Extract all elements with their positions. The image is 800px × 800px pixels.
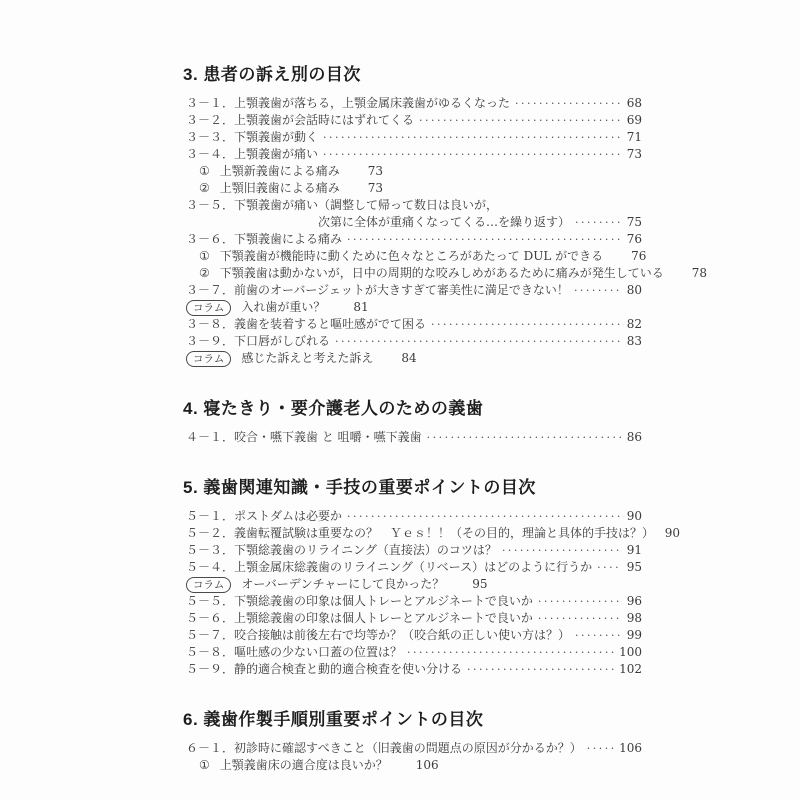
page-number: 86 — [626, 429, 642, 446]
dot-leader — [335, 333, 621, 350]
entry-text: ４－１．咬合・嚥下義歯 と 咀嚼・嚥下義歯 — [186, 429, 422, 446]
column-badge: コラム — [186, 300, 231, 316]
toc-entry: ３－３．下顎義歯が動く71 — [186, 129, 642, 146]
entry-text: ５－７．咬合接触は前後左右で均等か？（咬合紙の正しい使い方は？） — [186, 627, 570, 644]
entry-text: ６－１．初診時に確認すべきこと（旧義歯の問題点の原因が分かるか？） — [186, 740, 582, 757]
toc-entry: ②上顎旧義歯による痛み73 — [186, 180, 642, 197]
toc-entry: ５－６．上顎総義歯の印象は個人トレーとアルジネートで良いか98 — [186, 610, 642, 627]
toc-entry: ５－３．下顎総義歯のリライニング（直接法）のコツは？91 — [186, 542, 642, 559]
scanned-book-page: 3. 患者の訴え別の目次３－１．上顎義歯が落ちる，上顎金属床義歯がゆるくなった6… — [0, 0, 800, 800]
entry-text: ３－５．下顎義歯が痛い（調整して帰って数日は良いが， — [186, 197, 498, 214]
dot-leader — [431, 316, 621, 333]
toc-entry: ①上顎義歯床の適合度は良いか？106 — [186, 757, 642, 774]
dot-leader — [574, 282, 621, 299]
toc-entry: ５－１．ポストダムは必要か90 — [186, 508, 642, 525]
page-number: 75 — [626, 214, 642, 231]
circled-number-icon: ① — [199, 163, 210, 180]
dot-leader — [323, 129, 621, 146]
toc-entry: ５－９．静的適合検査と動的適合検査を使い分ける102 — [186, 661, 642, 678]
entry-text: ５－４．上顎金属床総義歯のリライニング（リベース）はどのように行うか — [186, 559, 592, 576]
toc-entry: ５－２．義歯転覆試験は重要なの？ Ｙｅｓ！！（その目的，理論と具体的手技は？）9… — [186, 525, 642, 542]
table-of-contents: 3. 患者の訴え別の目次３－１．上顎義歯が落ちる，上顎金属床義歯がゆるくなった6… — [186, 60, 642, 774]
circled-number-icon: ① — [199, 248, 210, 265]
entry-text: ５－１．ポストダムは必要か — [186, 508, 342, 525]
entry-text: ３－３．下顎義歯が動く — [186, 129, 318, 146]
entry-text: ３－４．上顎義歯が痛い — [186, 146, 318, 163]
entry-text: オーバーデンチャーにして良かった？ — [241, 576, 444, 593]
toc-entry: ②下顎義歯は動かないが，日中の周期的な咬みしめがあるために痛みが発生している78 — [186, 265, 642, 282]
toc-entry: ①下顎義歯が機能時に動くために色々なところがあたって DUL ができる76 — [186, 248, 642, 265]
entry-text: 上顎新義歯による痛み — [220, 163, 340, 180]
page-number: 90 — [626, 508, 642, 525]
section-heading: 4. 寝たきり・要介護老人のための義歯 — [183, 394, 642, 419]
toc-entry: ３－６．下顎義歯による痛み76 — [186, 231, 642, 248]
entry-text: ５－５．下顎総義歯の印象は個人トレーとアルジネートで良いか — [186, 593, 533, 610]
circled-number-icon: ② — [199, 180, 210, 197]
dot-leader — [575, 627, 621, 644]
page-number: 96 — [626, 593, 642, 610]
page-number: 100 — [619, 644, 642, 661]
entry-text: 入れ歯が重い？ — [241, 299, 325, 316]
entry-text: 下顎義歯は動かないが，日中の周期的な咬みしめがあるために痛みが発生している — [220, 265, 664, 282]
entry-text: 次第に全体が重痛くなってくる…を繰り返す） — [318, 214, 570, 231]
toc-section: 4. 寝たきり・要介護老人のための義歯４－１．咬合・嚥下義歯 と 咀嚼・嚥下義歯… — [186, 394, 642, 446]
page-number: 95 — [472, 576, 487, 593]
entry-text: ３－７．前歯のオーバージェットが大きすぎて審美性に満足できない！ — [186, 282, 569, 299]
entry-text: ３－８．義歯を装着すると嘔吐感がでて困る — [186, 316, 426, 333]
toc-entry: ５－８．嘔吐感の少ない口蓋の位置は？100 — [186, 644, 642, 661]
toc-entry: ５－５．下顎総義歯の印象は個人トレーとアルジネートで良いか96 — [186, 593, 642, 610]
dot-leader — [467, 661, 614, 678]
column-badge: コラム — [186, 351, 231, 367]
page-number: 68 — [626, 95, 642, 112]
entry-text: ３－９．下口唇がしびれる — [186, 333, 330, 350]
entry-text: 下顎義歯が機能時に動くために色々なところがあたって DUL ができる — [220, 248, 603, 265]
toc-entry: ５－７．咬合接触は前後左右で均等か？（咬合紙の正しい使い方は？）99 — [186, 627, 642, 644]
toc-entry: コラム感じた訴えと考えた訴え84 — [186, 350, 642, 367]
dot-leader — [407, 644, 614, 661]
entry-text: ５－３．下顎総義歯のリライニング（直接法）のコツは？ — [186, 542, 497, 559]
toc-entry: ①上顎新義歯による痛み73 — [186, 163, 642, 180]
entry-text: ３－２．上顎義歯が会話時にはずれてくる — [186, 112, 414, 129]
page-number: 102 — [619, 661, 642, 678]
page-number: 82 — [626, 316, 642, 333]
page-number: 73 — [626, 146, 642, 163]
dot-leader — [515, 95, 621, 112]
page-number: 78 — [692, 265, 707, 282]
toc-entry: ３－７．前歯のオーバージェットが大きすぎて審美性に満足できない！80 — [186, 282, 642, 299]
page-number: 99 — [626, 627, 642, 644]
entry-text: ３－６．下顎義歯による痛み — [186, 231, 342, 248]
toc-entry: コラム入れ歯が重い？81 — [186, 299, 642, 316]
dot-leader — [597, 559, 621, 576]
dot-leader — [502, 542, 621, 559]
page-number: 106 — [619, 740, 642, 757]
dot-leader — [347, 508, 621, 525]
page-number: 80 — [626, 282, 642, 299]
section-heading: 6. 義歯作製手順別重要ポイントの目次 — [183, 705, 642, 730]
toc-section: 6. 義歯作製手順別重要ポイントの目次６－１．初診時に確認すべきこと（旧義歯の問… — [186, 705, 642, 774]
page-number: 73 — [368, 180, 383, 197]
dot-leader — [538, 593, 621, 610]
toc-entry: 次第に全体が重痛くなってくる…を繰り返す）75 — [186, 214, 642, 231]
toc-entry: ３－４．上顎義歯が痛い73 — [186, 146, 642, 163]
toc-entry: ５－４．上顎金属床総義歯のリライニング（リベース）はどのように行うか95 — [186, 559, 642, 576]
page-number: 98 — [626, 610, 642, 627]
entry-text: ５－９．静的適合検査と動的適合検査を使い分ける — [186, 661, 462, 678]
toc-entry: ６－１．初診時に確認すべきこと（旧義歯の問題点の原因が分かるか？）106 — [186, 740, 642, 757]
dot-leader — [347, 231, 621, 248]
entry-text: 上顎旧義歯による痛み — [220, 180, 340, 197]
toc-entry: コラムオーバーデンチャーにして良かった？95 — [186, 576, 642, 593]
page-number: 83 — [626, 333, 642, 350]
dot-leader — [419, 112, 621, 129]
toc-entry: ３－５．下顎義歯が痛い（調整して帰って数日は良いが， — [186, 197, 642, 214]
toc-entry: ４－１．咬合・嚥下義歯 と 咀嚼・嚥下義歯86 — [186, 429, 642, 446]
dot-leader — [427, 429, 621, 446]
dot-leader — [575, 214, 621, 231]
dot-leader — [323, 146, 621, 163]
page-number: 106 — [416, 757, 439, 774]
toc-entry: ３－８．義歯を装着すると嘔吐感がでて困る82 — [186, 316, 642, 333]
entry-text: ５－２．義歯転覆試験は重要なの？ Ｙｅｓ！！（その目的，理論と具体的手技は？） — [186, 525, 654, 542]
toc-section: 3. 患者の訴え別の目次３－１．上顎義歯が落ちる，上顎金属床義歯がゆるくなった6… — [186, 60, 642, 367]
page-number: 76 — [631, 248, 646, 265]
circled-number-icon: ① — [199, 757, 210, 774]
toc-entry: ３－１．上顎義歯が落ちる，上顎金属床義歯がゆるくなった68 — [186, 95, 642, 112]
page-number: 95 — [626, 559, 642, 576]
page-number: 71 — [626, 129, 642, 146]
entry-text: ５－８．嘔吐感の少ない口蓋の位置は？ — [186, 644, 402, 661]
page-number: 81 — [353, 299, 368, 316]
dot-leader — [587, 740, 614, 757]
page-number: 84 — [401, 350, 416, 367]
page-number: 90 — [664, 525, 680, 542]
dot-leader — [538, 610, 621, 627]
page-number: 73 — [368, 163, 383, 180]
page-number: 69 — [626, 112, 642, 129]
entry-text: ３－１．上顎義歯が落ちる，上顎金属床義歯がゆるくなった — [186, 95, 510, 112]
circled-number-icon: ② — [199, 265, 210, 282]
entry-text: 感じた訴えと考えた訴え — [241, 350, 373, 367]
column-badge: コラム — [186, 577, 231, 593]
page-number: 76 — [626, 231, 642, 248]
section-heading: 3. 患者の訴え別の目次 — [183, 60, 642, 85]
toc-entry: ３－２．上顎義歯が会話時にはずれてくる69 — [186, 112, 642, 129]
entry-text: 上顎義歯床の適合度は良いか？ — [220, 757, 388, 774]
section-heading: 5. 義歯関連知識・手技の重要ポイントの目次 — [183, 473, 642, 498]
entry-text: ５－６．上顎総義歯の印象は個人トレーとアルジネートで良いか — [186, 610, 533, 627]
page-number: 91 — [626, 542, 642, 559]
toc-entry: ３－９．下口唇がしびれる83 — [186, 333, 642, 350]
toc-section: 5. 義歯関連知識・手技の重要ポイントの目次５－１．ポストダムは必要か90５－２… — [186, 473, 642, 678]
